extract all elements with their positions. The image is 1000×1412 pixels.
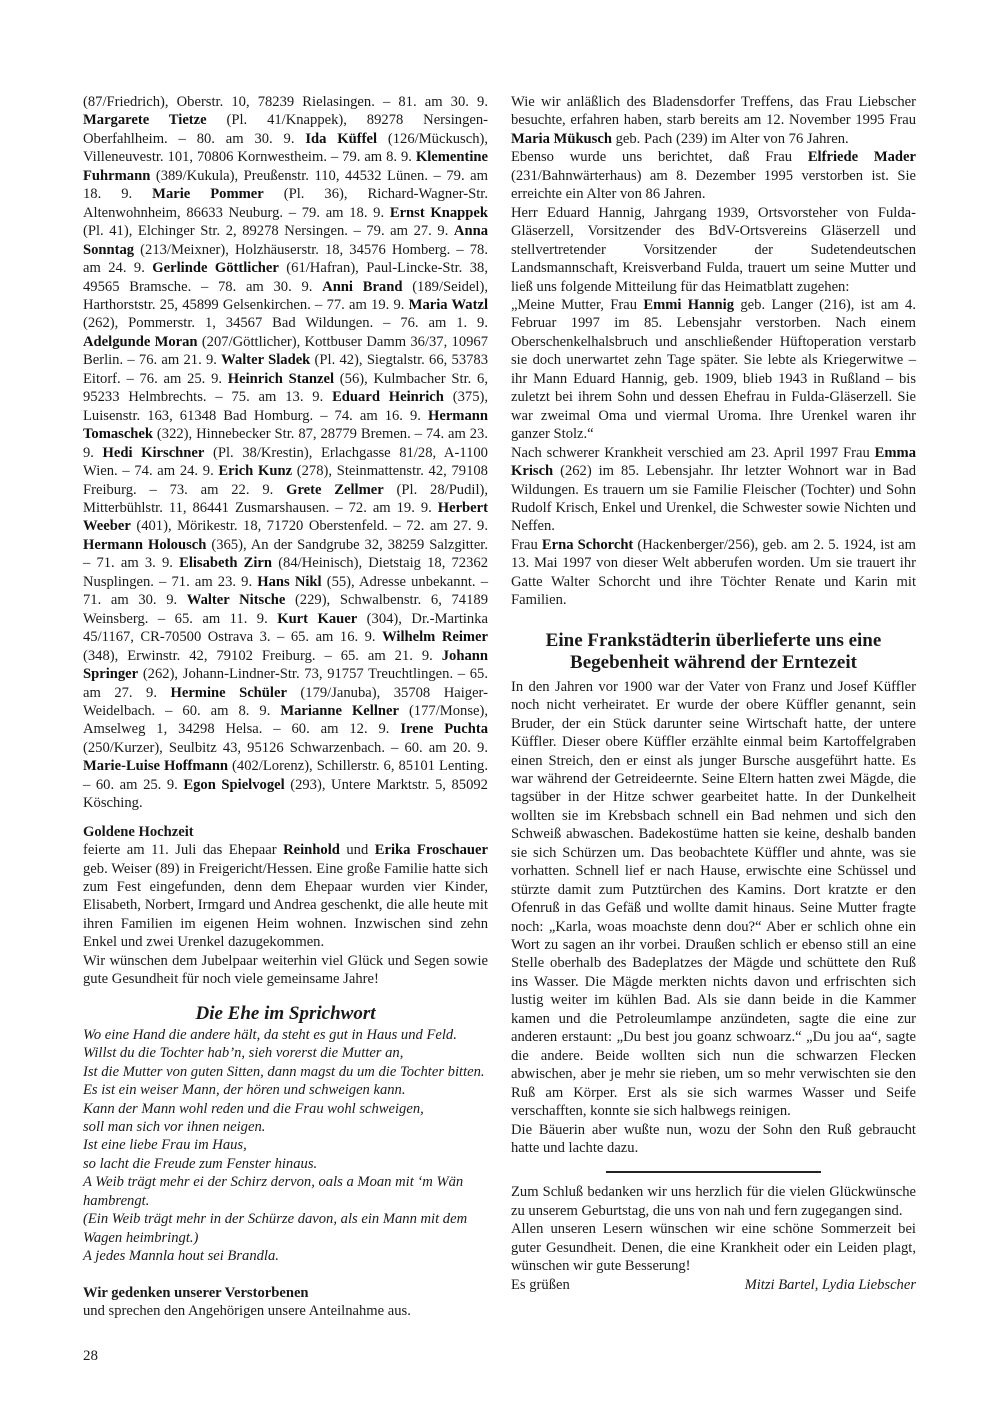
proverb-line: Ist die Mutter von guten Sitten, dann ma… [83,1063,488,1081]
deceased-name: Erna Schorcht [542,537,633,553]
proverb-line: Es ist ein weiser Mann, der hören und sc… [83,1081,488,1099]
person-name: Egon Spielvogel [183,777,284,793]
person-name: Hermine Schüler [170,685,286,701]
person-details: (401), Mörikestr. 18, 71720 Oberstenfeld… [131,518,488,534]
obituary-paragraph: Herr Eduard Hannig, Jahrgang 1939, Ortsv… [511,204,916,296]
proverb-line: A Weib trägt mehr ei der Schirz dervon, … [83,1173,488,1210]
story-paragraph: In den Jahren vor 1900 war der Vater von… [511,678,916,1121]
person-details: (262), Pommerstr. 1, 34567 Bad Wildungen… [83,315,488,331]
person-name: Anni Brand [322,279,402,295]
person-name: Gerlinde Göttlicher [152,260,279,276]
person-name: Walter Nitsche [187,592,286,608]
newsletter-page: (87/Friedrich), Oberstr. 10, 78239 Riela… [0,0,1000,1412]
proverbs-list: Wo eine Hand die andere hält, da steht e… [83,1026,488,1266]
deceased-text: und sprechen den Angehörigen unsere Ante… [83,1302,488,1320]
person-name: Eduard Heinrich [332,389,444,405]
person-name: Ida Küffel [305,131,377,147]
section-divider [606,1171,821,1173]
person-name: Maria Watzl [409,297,488,313]
proverb-line: Ist eine liebe Frau im Haus, [83,1136,488,1154]
proverbs-title: Die Ehe im Sprichwort [83,1003,488,1025]
deceased-heading: Wir gedenken unserer Verstorbenen [83,1284,488,1302]
person-name: Hedi Kirschner [103,445,205,461]
person-details: (Pl. 41), Elchinger Str. 2, 89278 Nersin… [83,223,454,239]
golden-wedding-text: feierte am 11. Juli das Ehepaar Reinhold… [83,841,488,952]
greeting-text: Es grüßen [511,1276,570,1294]
proverb-line: Wo eine Hand die andere hält, da steht e… [83,1026,488,1044]
proverb-line: (Ein Weib trägt mehr in der Schürze davo… [83,1210,488,1247]
obituary-paragraph: Nach schwerer Krankheit verschied am 23.… [511,444,916,536]
spouse-name: Reinhold [283,842,340,858]
person-details: (250/Kurzer), Seulbitz 43, 95126 Schwarz… [83,740,488,756]
proverb-line: so lacht die Freude zum Fenster hinaus. [83,1155,488,1173]
person-details: (348), Erwinstr. 42, 79102 Freiburg. – 6… [83,648,442,664]
deceased-name: Elfriede Mader [808,149,916,165]
closing-wishes: Allen unseren Lesern wünschen wir eine s… [511,1220,916,1275]
closing-thanks: Zum Schluß bedanken wir uns herzlich für… [511,1183,916,1220]
obituary-paragraph: Ebenso wurde uns berichtet, daß Frau Elf… [511,148,916,203]
obituary-quote: „Meine Mutter, Frau Emmi Hannig geb. Lan… [511,296,916,444]
person-name: Marianne Kellner [280,703,399,719]
obituary-paragraph: Wie wir anläßlich des Bladensdorfer Tref… [511,93,916,148]
person-name: Erich Kunz [218,463,292,479]
person-name: Marie-Luise Hoffmann [83,758,228,774]
proverb-line: Kann der Mann wohl reden und die Frau wo… [83,1100,488,1118]
golden-wedding-heading: Goldene Hochzeit [83,823,488,841]
proverb-line: soll man sich vor ihnen neigen. [83,1118,488,1136]
spouse-name: Erika Froschauer [375,842,488,858]
closing-greeting: Es grüßen Mitzi Bartel, Lydia Liebscher [511,1276,916,1294]
person-name: Elisabeth Zirn [179,555,272,571]
proverb-line: A jedes Mannla hout sei Brandla. [83,1247,488,1265]
signature: Mitzi Bartel, Lydia Liebscher [745,1276,916,1294]
story-title: Eine Frankstädterin überlieferte uns ein… [511,630,916,674]
golden-wedding-wishes: Wir wünschen dem Jubelpaar weiterhin vie… [83,952,488,989]
birthday-list: (87/Friedrich), Oberstr. 10, 78239 Riela… [83,93,488,813]
person-name: Hermann Holousch [83,537,206,553]
person-name: Marie Pommer [152,186,264,202]
person-name: Hans Nikl [257,574,321,590]
person-name: Margarete Tietze [83,112,207,128]
person-name: Heinrich Stanzel [228,371,334,387]
story-paragraph: Die Bäuerin aber wußte nun, wozu der Soh… [511,1121,916,1158]
person-name: Kurt Kauer [277,611,357,627]
page-number: 28 [83,1347,98,1365]
deceased-name: Maria Mükusch [511,131,612,147]
left-column: (87/Friedrich), Oberstr. 10, 78239 Riela… [83,93,488,1321]
person-name: Grete Zellmer [286,482,384,498]
person-name: Wilhelm Reimer [382,629,488,645]
person-name: Walter Sladek [221,352,310,368]
person-name: Adelgunde Moran [83,334,198,350]
proverb-line: Willst du die Tochter hab’n, sieh vorers… [83,1044,488,1062]
person-name: Ernst Knappek [390,205,488,221]
right-column: Wie wir anläßlich des Bladensdorfer Tref… [511,93,916,1294]
person-name: Irene Puchta [400,721,488,737]
person-details: (87/Friedrich), Oberstr. 10, 78239 Riela… [83,94,488,110]
deceased-name: Emmi Hannig [643,297,734,313]
obituary-paragraph: Frau Erna Schorcht (Hackenberger/256), g… [511,536,916,610]
